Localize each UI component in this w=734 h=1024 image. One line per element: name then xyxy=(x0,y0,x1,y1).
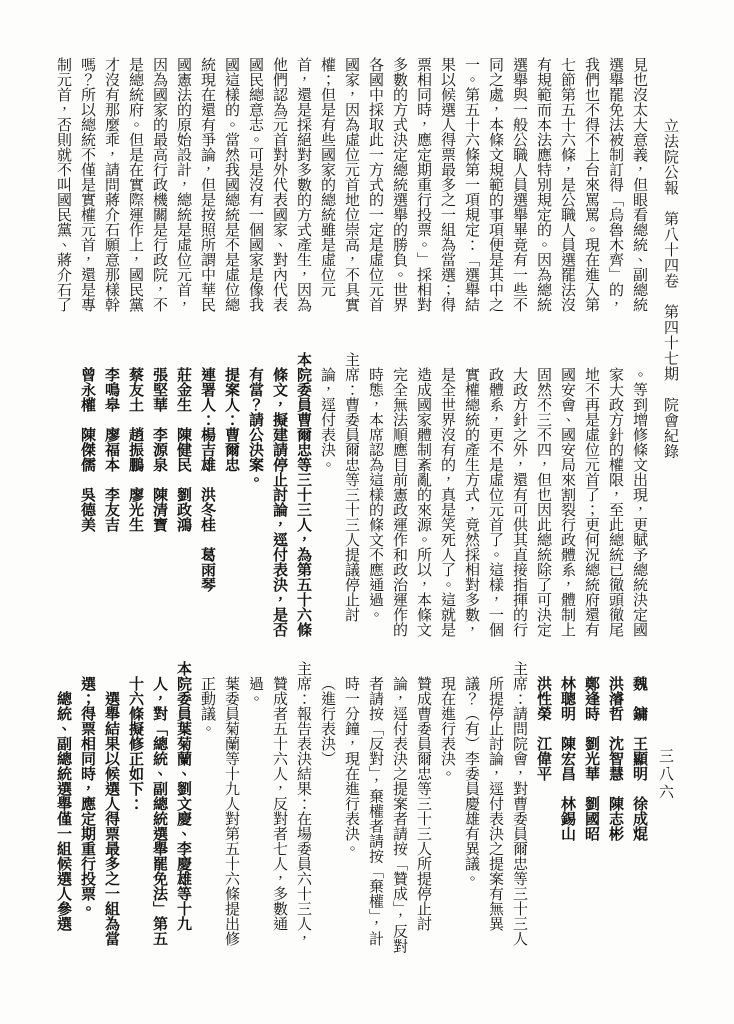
gazette-page: 立法院公報 第八十四卷 第四十七期 院會紀錄 三八六 見也沒太大意義，但眼看總統… xyxy=(0,0,734,1024)
cosigner-line: 連署人：楊吉雄 洪冬桂 葛雨琴 xyxy=(196,367,220,645)
register-middle: 。等到增修條文出現，更賦予總統決定國家大政方針的權限，至此總統已徹頭徹尾地不再是… xyxy=(48,367,652,645)
amendment-motion: 本院委員葉菊蘭、劉文慶、李慶雄等十九人，對「總統、副總統選舉罷免法」第五十六條擬… xyxy=(124,676,196,954)
proposer-line: 提案人：曹爾忠 xyxy=(220,367,244,645)
cosigner-names-column: 魏 鏞 王顯明 徐成焜 xyxy=(628,676,652,954)
chair-statement: 主席：曹委員爾忠等三十三人提議停止討論，逕付表決。 xyxy=(316,367,364,645)
cosigner-names-column: 林聰明 陳宏昌 林錫山 xyxy=(556,676,580,954)
cosigner-names-column: 蔡友土 趙振鵬 廖光生 xyxy=(124,367,148,645)
volume-header: 立法院公報 第八十四卷 第四十七期 院會紀錄 xyxy=(661,118,682,459)
amendment-item: 總統、副總統選舉僅一組候選人參選 xyxy=(52,676,76,954)
cosigner-names-column: 鄭逢時 劉光華 劉國昭 xyxy=(580,676,604,954)
chair-question: 主席：請問院會，對曹委員爾忠等三十三人所提停止討論，逕付表決之提案有無異議？（有… xyxy=(460,676,532,954)
register-bottom: 魏 鏞 王顯明 徐成焜 洪濬哲 沈智慧 陳志彬 鄭逢時 劉光華 劉國昭 林聰明 … xyxy=(48,676,652,954)
cosigner-names-column: 洪濬哲 沈智慧 陳志彬 xyxy=(604,676,628,954)
stop-discussion-motion: 本院委員曹爾忠等三十三人，為第五十六條條文，擬建請停止討論，逕付表決，是否有當？… xyxy=(244,367,316,645)
speech-paragraph: 見也沒太大意義，但眼看總統、副總統選舉罷免法被制訂得「烏魯木齊」的，我們也不得不… xyxy=(52,57,652,323)
speech-paragraph: 。等到增修條文出現，更賦予總統決定國家大政方針的權限，至此總統已徹頭徹尾地不再是… xyxy=(364,367,652,645)
amendment-notice: 葉委員菊蘭等十九人對第五十六條提出修正動議。 xyxy=(196,676,244,954)
vote-start-note: 現在進行表決。 xyxy=(436,676,460,954)
amendment-item: 選舉結果以候選人得票最多之一組為當選；得票相同時，應定期重行投票。 xyxy=(76,676,124,954)
cosigner-names-column: 莊金生 陳健民 劉政鴻 xyxy=(172,367,196,645)
vote-instruction: 贊成曹委員爾忠等三十三人所提停止討論，逕付表決之提案者請按「贊成」，反對者請按「… xyxy=(340,676,436,954)
cosigner-names-column: 洪性榮 江偉平 xyxy=(532,676,556,954)
cosigner-names-column: 李鳴皋 廖福本 李友吉 xyxy=(100,367,124,645)
vote-action-note: （進行表決） xyxy=(316,676,340,954)
page-number: 三八六 xyxy=(656,748,677,802)
register-top: 見也沒太大意義，但眼看總統、副總統選舉罷免法被制訂得「烏魯木齊」的，我們也不得不… xyxy=(48,57,652,323)
cosigner-names-column: 曾永權 陳傑儒 吳德美 xyxy=(76,367,100,645)
chair-vote-result: 主席：報告表決結果：在場委員六十三人，贊成者五十六人，反對者七人，多數通過。 xyxy=(244,676,316,954)
cosigner-names-column: 張堅華 李源泉 陳清寶 xyxy=(148,367,172,645)
